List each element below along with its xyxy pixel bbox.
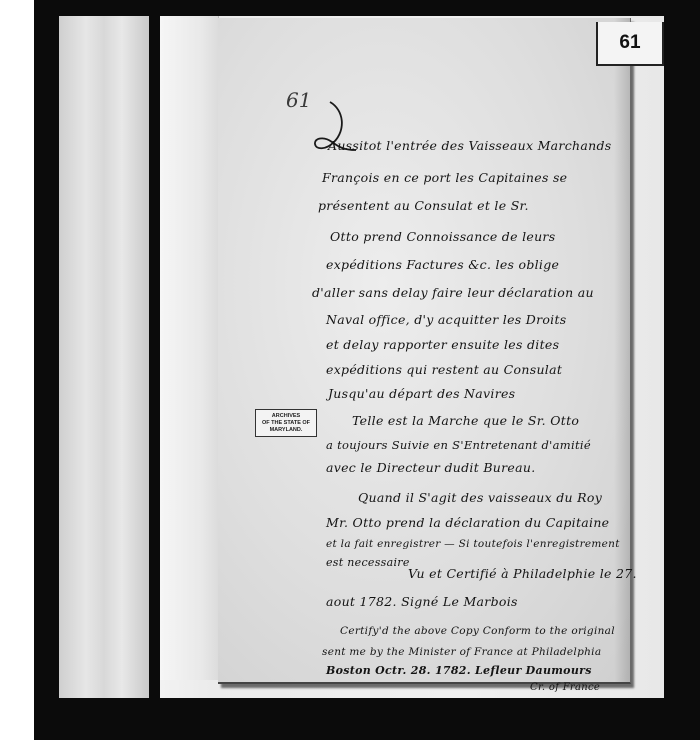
manuscript-line: Otto prend Connoissance de leurs [330,229,555,244]
manuscript-line: Cr. of France [530,682,600,693]
manuscript-line: et delay rapporter ensuite les dites [326,337,559,352]
manuscript-line: Vu et Certifié à Philadelphie le 27. [408,566,637,581]
manuscript-line: expéditions qui restent au Consulat [326,362,562,377]
manuscript-line: Naval office, d'y acquitter les Droits [326,312,567,327]
manuscript-line: et la fait enregistrer — Si toutefois l'… [326,538,620,550]
manuscript-line: avec le Directeur dudit Bureau. [326,460,536,475]
manuscript-line: aout 1782. Signé Le Marbois [326,594,518,609]
manuscript-line: Jusqu'au départ des Navires [328,386,515,401]
manuscript-line: expéditions Factures &c. les oblige [326,257,559,272]
manuscript-line: a toujours Suivie en S'Entretenant d'ami… [326,438,591,452]
manuscript-line: Quand il S'agit des vaisseaux du Roy [358,490,602,505]
manuscript-line: Aussitot l'entrée des Vaisseaux Marchand… [328,138,611,153]
manuscript-line: François en ce port les Capitaines se [322,170,567,185]
manuscript-line: Mr. Otto prend la déclaration du Capitai… [326,515,609,530]
manuscript-line: Telle est la Marche que le Sr. Otto [352,413,579,428]
manuscript-line: Boston Octr. 28. 1782. Lefleur Daumours [326,664,592,677]
folio-mark: 61 [286,88,311,112]
manuscript-text: 61 Aussitot l'entrée des Vaisseaux March… [0,0,700,740]
manuscript-line: sent me by the Minister of France at Phi… [322,646,601,658]
manuscript-line: est necessaire [326,556,410,569]
manuscript-line: Certify'd the above Copy Conform to the … [340,625,615,637]
manuscript-line: d'aller sans delay faire leur déclaratio… [312,285,594,300]
manuscript-line: présentent au Consulat et le Sr. [318,198,529,213]
